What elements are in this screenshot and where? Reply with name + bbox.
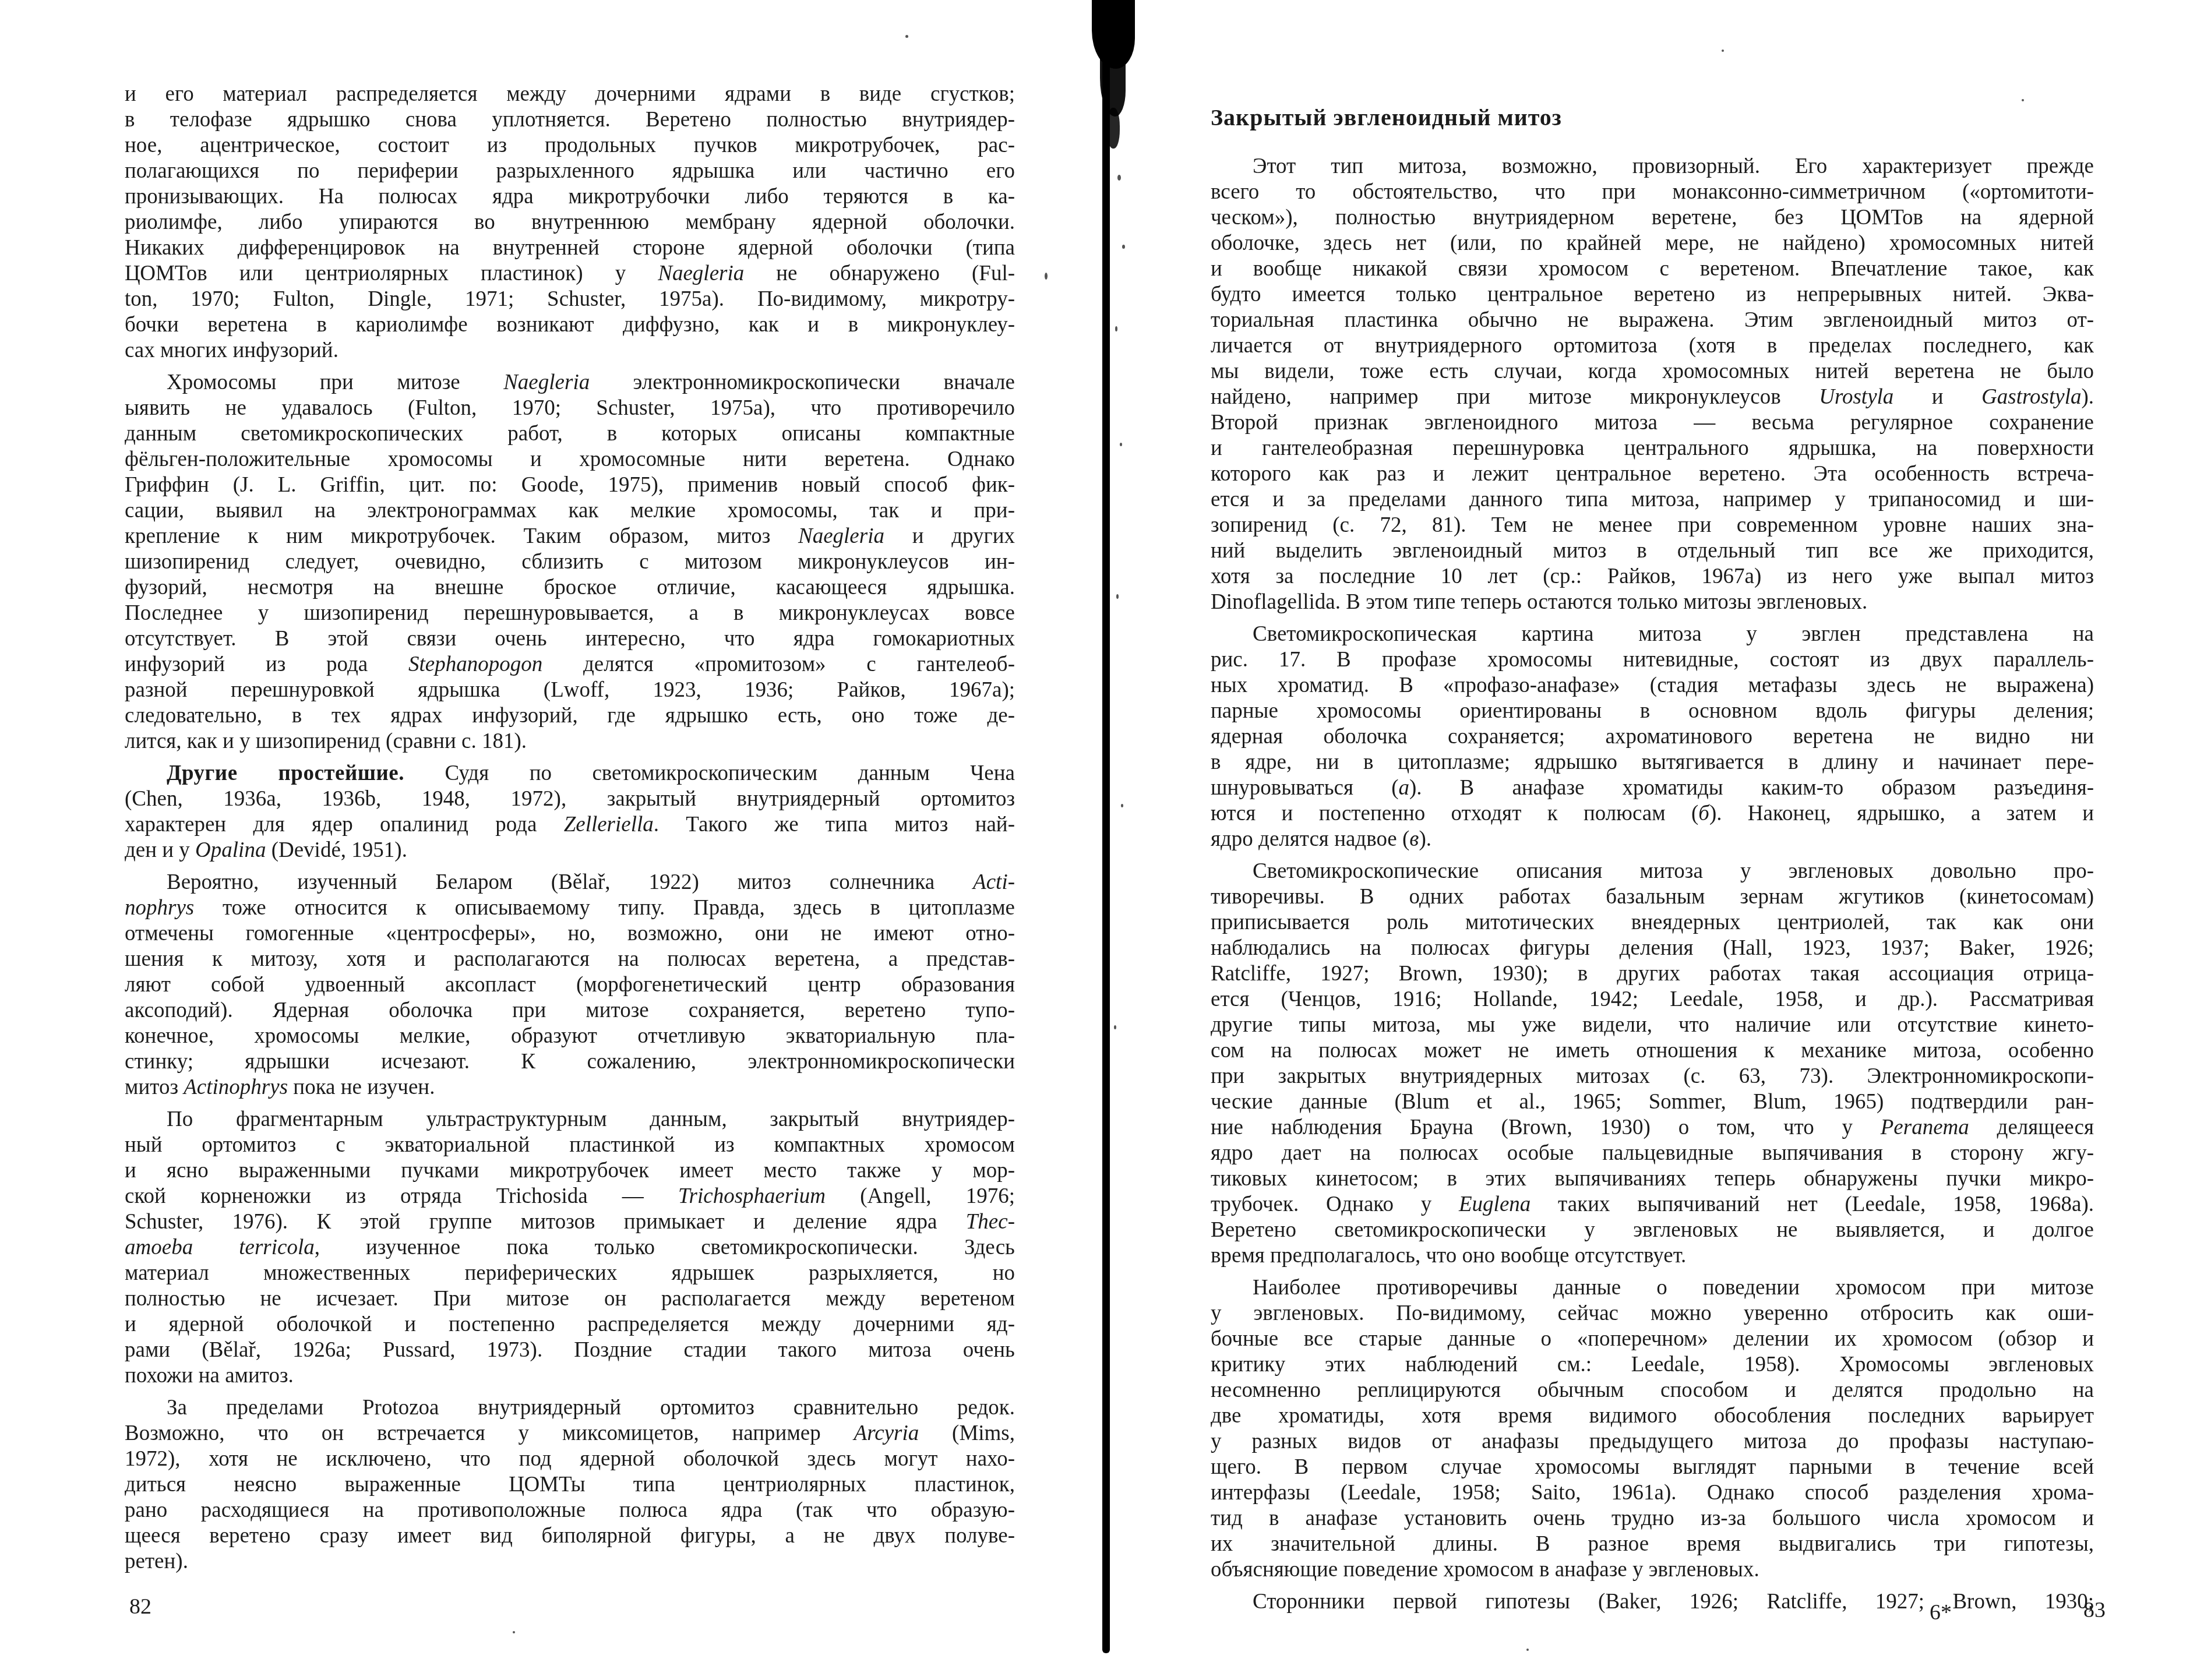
- text-run: лится, как и у шизопиренид (сравни с. 18…: [125, 729, 527, 753]
- signature-mark: 6*: [1930, 1600, 1952, 1625]
- text-run: у эвгленовых. По-видимому, сейчас можно …: [1211, 1301, 2094, 1325]
- italic-text-run: Thec-: [966, 1210, 1015, 1234]
- text-line: ется и за пределами данного типа митоза,…: [1211, 487, 2094, 513]
- scan-artifact-speck: [1120, 443, 1122, 446]
- text-line: будто имеется только центральное веретен…: [1211, 282, 2094, 308]
- text-line: ской корненожки из отряда Trichosida — T…: [125, 1184, 1015, 1209]
- text-run: приписывается роль митотических внеядерн…: [1211, 910, 2094, 934]
- text-run: сом на полюсах может не иметь отношения …: [1211, 1039, 2094, 1063]
- text-line: Наиболее противоречивы данные о поведени…: [1211, 1275, 2094, 1301]
- text-run: и гантелеобразная перешнуровка центральн…: [1211, 436, 2094, 460]
- text-run: ). В анафазе хроматиды каким-то образом …: [1409, 776, 2094, 800]
- text-line: найдено, например при митозе микронуклеу…: [1211, 384, 2094, 410]
- text-run: шнуровываться (: [1211, 776, 1398, 800]
- paragraph: Наиболее противоречивы данные о поведени…: [1211, 1275, 2094, 1583]
- text-run: ный ортомитоз с экваториальной пластинко…: [125, 1133, 1015, 1157]
- text-line: пронизывающих. На полюсах ядра микротруб…: [125, 184, 1015, 210]
- text-line: тид в анафазе установить очень трудно из…: [1211, 1506, 2094, 1531]
- text-run: Сторонники первой гипотезы (Baker, 1926;…: [1253, 1590, 2094, 1614]
- text-line: nophrys тоже относится к описываемому ти…: [125, 895, 1015, 921]
- text-run: другие типы митоза, мы уже видели, что н…: [1211, 1013, 2094, 1037]
- text-line: фёльген-положительные хромосомы и хромос…: [125, 447, 1015, 472]
- text-run: ыявить не удавалось (Fulton, 1970; Schus…: [125, 396, 1015, 420]
- text-line: ются и постепенно отходят к полюсам (б).…: [1211, 801, 2094, 827]
- text-line: мы видели, тоже есть случаи, когда хромо…: [1211, 359, 2094, 384]
- text-line: ческом»), полностью внутриядерном верете…: [1211, 205, 2094, 231]
- text-line: рано расходящиеся на противоположные пол…: [125, 1498, 1015, 1523]
- text-run: . Такого же типа митоз най-: [654, 813, 1015, 837]
- text-run: ).: [2081, 385, 2094, 409]
- text-run: ториальная пластинка обычно не выражена.…: [1211, 308, 2094, 332]
- text-run: и других: [884, 524, 1015, 548]
- text-run: хотя за последние 10 лет (ср.: Райков, 1…: [1211, 564, 2094, 588]
- text-run: шизопиренид следует, очевидно, сблизить …: [125, 550, 1015, 574]
- text-line: рами (Bělař, 1926a; Pussard, 1973). Позд…: [125, 1337, 1015, 1363]
- text-run: рис. 17. В профазе хромосомы нитевидные,…: [1211, 648, 2094, 672]
- text-run: Последнее у шизопиренид перешнуровываетс…: [125, 601, 1015, 625]
- text-run: Вероятно, изученный Беларом (Bělař, 1922…: [167, 870, 973, 894]
- italic-text-run: Acti-: [973, 870, 1015, 894]
- text-line: 1972), хотя не исключено, что под ядерно…: [125, 1446, 1015, 1472]
- text-run: и вообще никакой связи хромосом с верете…: [1211, 257, 2094, 281]
- text-run: ется и за пределами данного типа митоза,…: [1211, 488, 2094, 511]
- italic-text-run: Naegleria: [658, 262, 744, 285]
- scan-artifact-speck: [905, 35, 908, 38]
- paragraph: Хромосомы при митозе Naegleria электронн…: [125, 370, 1015, 754]
- text-run: За пределами Protozoa внутриядерный орто…: [167, 1396, 1015, 1420]
- italic-text-run: Naegleria: [798, 524, 884, 548]
- text-line: Никаких дифференцировок на внутренней ст…: [125, 235, 1015, 261]
- text-run: в ядре, ни в цитоплазме; ядрышко вытягив…: [1211, 750, 2094, 774]
- text-run: ние наблюдения Брауна (Brown, 1930) о то…: [1211, 1116, 1881, 1139]
- text-run: всего то обстоятельство, что при монаксо…: [1211, 180, 2094, 204]
- text-run: у разных видов от анафазы предыдущего ми…: [1211, 1430, 2094, 1453]
- text-run: Судя по светомикроскопическим данным Чен…: [404, 761, 1015, 785]
- text-line: и ядерной оболочкой и постепенно распред…: [125, 1312, 1015, 1337]
- text-line: инфузорий из рода Stephanopogon делятся …: [125, 652, 1015, 677]
- text-run: , изученное пока только светомикроскопич…: [315, 1236, 1015, 1259]
- text-run: ются и постепенно отходят к полюсам (: [1211, 802, 1698, 825]
- text-line: и его материал распределяется между доче…: [125, 82, 1015, 107]
- italic-text-run: Euglena: [1459, 1192, 1531, 1216]
- italic-text-run: Trichosphaerium: [678, 1184, 826, 1208]
- text-run: ской корненожки из отряда Trichosida —: [125, 1184, 678, 1208]
- text-run: и ясно выраженными пучками микротрубочек…: [125, 1159, 1015, 1183]
- text-line: несомненно реплицируются обычным способо…: [1211, 1378, 2094, 1403]
- text-run: Наиболее противоречивы данные о поведени…: [1253, 1276, 2094, 1300]
- text-line: сах многих инфузорий.: [125, 338, 1015, 363]
- text-line: интерфазы (Leedale, 1958; Saito, 1961a).…: [1211, 1480, 2094, 1506]
- text-run: ний выделить эвгленоидный митоз в отдель…: [1211, 539, 2094, 563]
- text-line: крепление к ним микротрубочек. Таким обр…: [125, 524, 1015, 549]
- text-line: Возможно, что он встречается у миксомице…: [125, 1421, 1015, 1446]
- text-line: сом на полюсах может не иметь отношения …: [1211, 1038, 2094, 1064]
- text-line: ыявить не удавалось (Fulton, 1970; Schus…: [125, 396, 1015, 421]
- text-line: и вообще никакой связи хромосом с верете…: [1211, 256, 2094, 282]
- text-line: данным светомикроскопических работ, в ко…: [125, 421, 1015, 447]
- book-scan-spread: { "document": { "kind": "scanned book sp…: [0, 0, 2204, 1680]
- text-run: щееся веретено сразу имеет вид биполярно…: [125, 1524, 1015, 1548]
- text-run: Хромосомы при митозе: [167, 370, 503, 394]
- gutter-ink-blot: [1107, 108, 1120, 149]
- scan-artifact-speck: [1122, 245, 1125, 249]
- text-line: Светомикроскопическая картина митоза у э…: [1211, 622, 2094, 647]
- text-line: их значительной длины. В разное время вы…: [1211, 1531, 2094, 1557]
- text-line: ется (Ченцов, 1916; Hollande, 1942; Leed…: [1211, 987, 2094, 1012]
- text-run: и его материал распределяется между доче…: [125, 82, 1015, 106]
- text-run: полностью не исчезает. При митозе он рас…: [125, 1287, 1015, 1311]
- paragraph: За пределами Protozoa внутриядерный орто…: [125, 1395, 1015, 1575]
- text-line: следовательно, в тех ядрах инфузорий, гд…: [125, 703, 1015, 729]
- text-run: (Devidé, 1951).: [266, 838, 407, 862]
- text-run: полагающихся по периферии разрыхленного …: [125, 159, 1015, 183]
- text-line: фузорий, несмотря на внешне броское отли…: [125, 575, 1015, 601]
- text-run: делящееся: [1969, 1116, 2094, 1139]
- scan-artifact-speck: [1116, 594, 1119, 599]
- paragraph: По фрагментарным ультраструктурным данны…: [125, 1107, 1015, 1389]
- text-line: зопиренид (с. 72, 81). Тем не менее при …: [1211, 513, 2094, 538]
- text-run: интерфазы (Leedale, 1958; Saito, 1961a).…: [1211, 1481, 2094, 1505]
- text-line: стинку; ядрышки исчезают. К сожалению, э…: [125, 1049, 1015, 1075]
- text-line: бочки веретена в кариолимфе возникают ди…: [125, 312, 1015, 338]
- text-line: полагающихся по периферии разрыхленного …: [125, 158, 1015, 184]
- text-run: и ядерной оболочкой и постепенно распред…: [125, 1312, 1015, 1336]
- text-run: Возможно, что он встречается у миксомице…: [125, 1421, 854, 1445]
- text-run: бочные все старые данные о «поперечном» …: [1211, 1327, 2094, 1351]
- text-line: ных хроматид. В «профазо-анафазе» (стади…: [1211, 673, 2094, 698]
- text-run: ретен).: [125, 1550, 188, 1573]
- text-run: не обнаружено (Ful-: [744, 262, 1015, 285]
- page-number-left: 82: [129, 1594, 151, 1619]
- text-line: рис. 17. В профазе хромосомы нитевидные,…: [1211, 647, 2094, 673]
- italic-text-run: Naegleria: [503, 370, 590, 394]
- text-line: щего. В первом случае хромосомы выглядят…: [1211, 1455, 2094, 1480]
- text-line: отсутствует. В этой связи очень интересн…: [125, 626, 1015, 652]
- text-line: хотя за последние 10 лет (ср.: Райков, 1…: [1211, 564, 2094, 590]
- text-run: при закрытых внутриядерных митозах (с. 6…: [1211, 1064, 2094, 1088]
- text-line: ческие данные (Blum et al., 1965; Sommer…: [1211, 1089, 2094, 1115]
- italic-text-run: Gastrostyla: [1981, 385, 2081, 409]
- text-line: ядро дает на полюсах особые пальцевидные…: [1211, 1141, 2094, 1166]
- text-run: сах многих инфузорий.: [125, 338, 338, 362]
- right-page: Закрытый эвгленоидный митоз Этот тип мит…: [1211, 105, 2094, 1615]
- text-run: (Mims,: [919, 1421, 1015, 1445]
- text-line: аксоподий). Ядерная оболочка при митозе …: [125, 998, 1015, 1023]
- italic-text-run: Actinophrys: [184, 1075, 288, 1099]
- text-line: риолимфе, либо упираются во внутреннюю м…: [125, 210, 1015, 235]
- text-run: время предполагалось, что оно вообще отс…: [1211, 1244, 1686, 1268]
- text-run: таких выпячиваний нет (Leedale, 1958, 19…: [1531, 1192, 2094, 1216]
- text-line: Этот тип митоза, возможно, провизорный. …: [1211, 154, 2094, 179]
- text-run: ческие данные (Blum et al., 1965; Sommer…: [1211, 1090, 2094, 1114]
- text-run: мы видели, тоже есть случаи, когда хромо…: [1211, 359, 2094, 383]
- text-run: (Chen, 1936a, 1936b, 1948, 1972), закрыт…: [125, 787, 1015, 811]
- text-run: Dinoflagellida. В этом типе теперь остаю…: [1211, 590, 1867, 614]
- text-line: ториальная пластинка обычно не выражена.…: [1211, 308, 2094, 333]
- text-run: критику этих наблюдений см.: Leedale, 19…: [1211, 1353, 2094, 1377]
- text-line: ядерная оболочка сохраняется; ахроматино…: [1211, 724, 2094, 750]
- text-line: похожи на амитоз.: [125, 1363, 1015, 1389]
- paragraph: Этот тип митоза, возможно, провизорный. …: [1211, 154, 2094, 615]
- text-run: фузорий, несмотря на внешне броское отли…: [125, 576, 1015, 599]
- text-run: фёльген-положительные хромосомы и хромос…: [125, 447, 1015, 471]
- text-line: По фрагментарным ультраструктурным данны…: [125, 1107, 1015, 1132]
- text-run: в телофазе ядрышко снова уплотняется. Ве…: [125, 108, 1015, 132]
- italic-text-run: amoeba terricola: [125, 1236, 315, 1259]
- scan-artifact-speck: [1045, 273, 1048, 280]
- text-run: 1972), хотя не исключено, что под ядерно…: [125, 1447, 1015, 1471]
- italic-text-run: б: [1698, 802, 1709, 825]
- text-line: ный ортомитоз с экваториальной пластинко…: [125, 1132, 1015, 1158]
- text-run: Светомикроскопические описания митоза у …: [1253, 859, 2094, 883]
- text-run: трубочек. Однако у: [1211, 1192, 1459, 1216]
- text-line: у эвгленовых. По-видимому, сейчас можно …: [1211, 1301, 2094, 1326]
- text-run: отмечены гомогенные «центросферы», но, в…: [125, 922, 1015, 945]
- text-run: диться неясно выраженные ЦОМТы типа цент…: [125, 1473, 1015, 1497]
- text-line: время предполагалось, что оно вообще отс…: [1211, 1243, 2094, 1269]
- text-run: пронизывающих. На полюсах ядра микротруб…: [125, 185, 1015, 209]
- text-run: ядерная оболочка сохраняется; ахроматино…: [1211, 725, 2094, 749]
- text-run: рано расходящиеся на противоположные пол…: [125, 1498, 1015, 1522]
- text-line: (Chen, 1936a, 1936b, 1948, 1972), закрыт…: [125, 786, 1015, 812]
- text-run: стинку; ядрышки исчезают. К сожалению, э…: [125, 1050, 1015, 1074]
- text-run: и: [1893, 385, 1981, 409]
- paragraph: Светомикроскопические описания митоза у …: [1211, 859, 2094, 1269]
- text-run: ядро дает на полюсах особые пальцевидные…: [1211, 1141, 2094, 1165]
- text-line: трубочек. Однако у Euglena таких выпячив…: [1211, 1192, 2094, 1217]
- scan-artifact-speck: [1114, 1025, 1116, 1029]
- text-run: ядро делятся надвое (: [1211, 827, 1409, 851]
- text-line: парные хромосомы ориентированы в основно…: [1211, 698, 2094, 724]
- text-run: Этот тип митоза, возможно, провизорный. …: [1253, 154, 2094, 178]
- text-line: ний выделить эвгленоидный митоз в отдель…: [1211, 538, 2094, 564]
- text-run: электронномикроскопически вначале: [590, 370, 1015, 394]
- text-line: Второй признак эвгленоидного митоза — ве…: [1211, 410, 2094, 436]
- text-run: будто имеется только центральное веретен…: [1211, 283, 2094, 306]
- text-line: при закрытых внутриядерных митозах (с. 6…: [1211, 1064, 2094, 1089]
- text-line: Ratcliffe, 1927; Brown, 1930); в других …: [1211, 961, 2094, 987]
- text-line: ное, ацентрическое, состоит из продольны…: [125, 133, 1015, 158]
- text-run: щего. В первом случае хромосомы выглядят…: [1211, 1455, 2094, 1479]
- italic-text-run: в: [1409, 827, 1419, 851]
- text-line: которого как раз и лежит центральное вер…: [1211, 461, 2094, 487]
- text-line: ден и у Opalina (Devidé, 1951).: [125, 838, 1015, 863]
- text-line: Последнее у шизопиренид перешнуровываетс…: [125, 601, 1015, 626]
- text-run: наблюдались на полюсах фигуры деления (H…: [1211, 936, 2094, 960]
- text-run: инфузорий из рода: [125, 652, 408, 676]
- paragraph: Другие простейшие. Судя по светомикроско…: [125, 761, 1015, 863]
- text-line: и гантелеобразная перешнуровка центральн…: [1211, 436, 2094, 461]
- text-line: в телофазе ядрышко снова уплотняется. Ве…: [125, 107, 1015, 133]
- text-line: тиковых кинетосом; в этих выпячиваниях т…: [1211, 1166, 2094, 1192]
- text-line: ton, 1970; Fulton, Dingle, 1971; Schuste…: [125, 287, 1015, 312]
- scan-artifact-speck: [1526, 1649, 1529, 1651]
- text-run: несомненно реплицируются обычным способо…: [1211, 1378, 2094, 1402]
- left-page: и его материал распределяется между доче…: [125, 82, 1015, 1575]
- text-line: полностью не исчезает. При митозе он рас…: [125, 1286, 1015, 1312]
- text-run: крепление к ним микротрубочек. Таким обр…: [125, 524, 798, 548]
- text-run: зопиренид (с. 72, 81). Тем не менее при …: [1211, 513, 2094, 537]
- text-line: наблюдались на полюсах фигуры деления (H…: [1211, 936, 2094, 961]
- text-line: Хромосомы при митозе Naegleria электронн…: [125, 370, 1015, 396]
- text-run: Второй признак эвгленоидного митоза — ве…: [1211, 411, 2094, 435]
- text-line: За пределами Protozoa внутриядерный орто…: [125, 1395, 1015, 1421]
- text-line: сации, выявил на электронограммах как ме…: [125, 498, 1015, 524]
- text-line: критику этих наблюдений см.: Leedale, 19…: [1211, 1352, 2094, 1378]
- text-run: ). Наконец, ядрышко, а затем и: [1709, 802, 2094, 825]
- paragraph: Сторонники первой гипотезы (Baker, 1926;…: [1211, 1589, 2094, 1615]
- text-line: лится, как и у шизопиренид (сравни с. 18…: [125, 729, 1015, 754]
- text-line: у разных видов от анафазы предыдущего ми…: [1211, 1429, 2094, 1455]
- text-line: Dinoflagellida. В этом типе теперь остаю…: [1211, 590, 2094, 615]
- text-run: делятся «промитозом» с гантелеоб-: [542, 652, 1015, 676]
- italic-text-run: Arcyria: [854, 1421, 919, 1445]
- text-run: тид в анафазе установить очень трудно из…: [1211, 1506, 2094, 1530]
- text-line: характерен для ядер опалинид рода Zeller…: [125, 812, 1015, 838]
- text-line: митоз Actinophrys пока не изучен.: [125, 1075, 1015, 1100]
- text-line: оболочке, здесь нет (или, по крайней мер…: [1211, 231, 2094, 256]
- right-page-text: Этот тип митоза, возможно, провизорный. …: [1211, 154, 2094, 1615]
- text-line: две хроматиды, хотя время видимого обосо…: [1211, 1403, 2094, 1429]
- scan-artifact-speck: [1117, 175, 1121, 181]
- text-run: шения к митозу, хотя и располагаются на …: [125, 947, 1015, 971]
- text-run: следовательно, в тех ядрах инфузорий, гд…: [125, 704, 1015, 728]
- scan-artifact-speck: [1722, 50, 1724, 52]
- text-run: конечное, хромосомы мелкие, образуют отч…: [125, 1024, 1015, 1048]
- paragraph: Вероятно, изученный Беларом (Bělař, 1922…: [125, 870, 1015, 1100]
- text-run: пока не изучен.: [288, 1075, 435, 1099]
- italic-text-run: nophrys: [125, 896, 194, 920]
- section-heading: Закрытый эвгленоидный митоз: [1211, 105, 2094, 130]
- text-run: ное, ацентрическое, состоит из продольны…: [125, 133, 1015, 157]
- text-line: Веретено светомикроскопически у эвгленов…: [1211, 1217, 2094, 1243]
- text-line: всего то обстоятельство, что при монаксо…: [1211, 179, 2094, 205]
- text-run: ).: [1419, 827, 1431, 851]
- text-run: тиворечивы. В одних работах базальным зе…: [1211, 885, 2094, 909]
- text-line: amoeba terricola, изученное пока только …: [125, 1235, 1015, 1261]
- text-run: тоже относится к описываемому типу. Прав…: [194, 896, 1015, 920]
- text-run: личается от внутриядерного ортомитоза (х…: [1211, 334, 2094, 358]
- text-line: Другие простейшие. Судя по светомикроско…: [125, 761, 1015, 786]
- text-run: их значительной длины. В разное время вы…: [1211, 1532, 2094, 1556]
- paragraph: и его материал распределяется между доче…: [125, 82, 1015, 363]
- text-line: щееся веретено сразу имеет вид биполярно…: [125, 1523, 1015, 1549]
- text-run: рами (Bělař, 1926a; Pussard, 1973). Позд…: [125, 1338, 1015, 1362]
- text-line: ляют собой удвоенный аксопласт (морфоген…: [125, 972, 1015, 998]
- text-run: (Angell, 1976;: [826, 1184, 1015, 1208]
- text-line: разной перешнуровкой ядрышка (Lwoff, 192…: [125, 677, 1015, 703]
- text-line: Вероятно, изученный Беларом (Bělař, 1922…: [125, 870, 1015, 895]
- text-run: две хроматиды, хотя время видимого обосо…: [1211, 1404, 2094, 1428]
- text-line: тиворечивы. В одних работах базальным зе…: [1211, 884, 2094, 910]
- text-run: ных хроматид. В «профазо-анафазе» (стади…: [1211, 673, 2094, 697]
- text-run: Ratcliffe, 1927; Brown, 1930); в других …: [1211, 962, 2094, 986]
- text-line: отмечены гомогенные «центросферы», но, в…: [125, 921, 1015, 947]
- text-run: Никаких дифференцировок на внутренней ст…: [125, 236, 1015, 260]
- italic-text-run: Stephanopogon: [408, 652, 542, 676]
- scan-artifact-speck: [513, 1631, 515, 1633]
- text-line: ние наблюдения Брауна (Brown, 1930) о то…: [1211, 1115, 2094, 1141]
- text-run: ляют собой удвоенный аксопласт (морфоген…: [125, 973, 1015, 997]
- text-run: Гриффин (J. L. Griffin, цит. по: Goode, …: [125, 473, 1015, 497]
- italic-text-run: а: [1398, 776, 1409, 800]
- text-run: бочки веретена в кариолимфе возникают ди…: [125, 313, 1015, 337]
- text-run: аксоподий). Ядерная оболочка при митозе …: [125, 998, 1015, 1022]
- text-line: Сторонники первой гипотезы (Baker, 1926;…: [1211, 1589, 2094, 1615]
- text-run: риолимфе, либо упираются во внутреннюю м…: [125, 210, 1015, 234]
- text-line: шнуровываться (а). В анафазе хроматиды к…: [1211, 775, 2094, 801]
- text-line: шения к митозу, хотя и располагаются на …: [125, 947, 1015, 972]
- text-run: ден и у: [125, 838, 195, 862]
- text-run: сации, выявил на электронограммах как ме…: [125, 499, 1015, 523]
- text-run: тиковых кинетосом; в этих выпячиваниях т…: [1211, 1167, 2094, 1191]
- book-gutter-shadow: [1102, 0, 1110, 1653]
- text-run: митоз: [125, 1075, 184, 1099]
- scan-artifact-speck: [2075, 350, 2078, 352]
- text-line: приписывается роль митотических внеядерн…: [1211, 910, 2094, 936]
- text-run: Светомикроскопическая картина митоза у э…: [1253, 622, 2094, 646]
- text-run: ется (Ченцов, 1916; Hollande, 1942; Leed…: [1211, 987, 2094, 1011]
- text-run: По фрагментарным ультраструктурным данны…: [167, 1107, 1015, 1131]
- text-run: характерен для ядер опалинид рода: [125, 813, 564, 837]
- text-line: ретен).: [125, 1549, 1015, 1575]
- text-run: оболочке, здесь нет (или, по крайней мер…: [1211, 231, 2094, 255]
- text-line: Schuster, 1976). К этой группе митозов п…: [125, 1209, 1015, 1235]
- text-line: бочные все старые данные о «поперечном» …: [1211, 1326, 2094, 1352]
- text-run: разной перешнуровкой ядрышка (Lwoff, 192…: [125, 678, 1015, 702]
- text-line: диться неясно выраженные ЦОМТы типа цент…: [125, 1472, 1015, 1498]
- text-line: личается от внутриядерного ортомитоза (х…: [1211, 333, 2094, 359]
- paragraph: Светомикроскопическая картина митоза у э…: [1211, 622, 2094, 852]
- italic-text-run: Zelleriella: [564, 813, 654, 837]
- text-run: похожи на амитоз.: [125, 1364, 294, 1388]
- text-line: ядро делятся надвое (в).: [1211, 827, 2094, 852]
- text-run: Schuster, 1976). К этой группе митозов п…: [125, 1210, 966, 1234]
- italic-text-run: Urostyla: [1819, 385, 1893, 409]
- text-line: Светомикроскопические описания митоза у …: [1211, 859, 2094, 884]
- text-run: которого как раз и лежит центральное вер…: [1211, 462, 2094, 486]
- text-run: найдено, например при митозе микронуклеу…: [1211, 385, 1819, 409]
- text-line: и ясно выраженными пучками микротрубочек…: [125, 1158, 1015, 1184]
- scan-artifact-speck: [1121, 804, 1123, 807]
- text-run: объясняющие поведение хромосом в анафазе…: [1211, 1558, 1759, 1582]
- scan-artifact-speck: [2022, 99, 2024, 101]
- text-line: ЦОМТов или центриолярных пластинок) у Na…: [125, 261, 1015, 287]
- italic-text-run: Peranema: [1881, 1116, 1969, 1139]
- scan-artifact-speck: [1115, 326, 1117, 331]
- text-run: материал множественных периферических яд…: [125, 1261, 1015, 1285]
- text-line: Гриффин (J. L. Griffin, цит. по: Goode, …: [125, 472, 1015, 498]
- text-line: объясняющие поведение хромосом в анафазе…: [1211, 1557, 2094, 1583]
- italic-text-run: Opalina: [195, 838, 266, 862]
- text-run: Веретено светомикроскопически у эвгленов…: [1211, 1218, 2094, 1242]
- text-run: ЦОМТов или центриолярных пластинок) у: [125, 262, 658, 285]
- text-run: ton, 1970; Fulton, Dingle, 1971; Schuste…: [125, 287, 1015, 311]
- page-number-right: 83: [2083, 1597, 2106, 1623]
- text-run: ческом»), полностью внутриядерном верете…: [1211, 206, 2094, 230]
- text-run: данным светомикроскопических работ, в ко…: [125, 422, 1015, 446]
- text-line: конечное, хромосомы мелкие, образуют отч…: [125, 1023, 1015, 1049]
- text-line: другие типы митоза, мы уже видели, что н…: [1211, 1012, 2094, 1038]
- text-run: парные хромосомы ориентированы в основно…: [1211, 699, 2094, 723]
- text-line: материал множественных периферических яд…: [125, 1261, 1015, 1286]
- text-line: в ядре, ни в цитоплазме; ядрышко вытягив…: [1211, 750, 2094, 775]
- text-line: шизопиренид следует, очевидно, сблизить …: [125, 549, 1015, 575]
- bold-text-run: Другие простейшие.: [167, 761, 404, 785]
- text-run: отсутствует. В этой связи очень интересн…: [125, 627, 1015, 651]
